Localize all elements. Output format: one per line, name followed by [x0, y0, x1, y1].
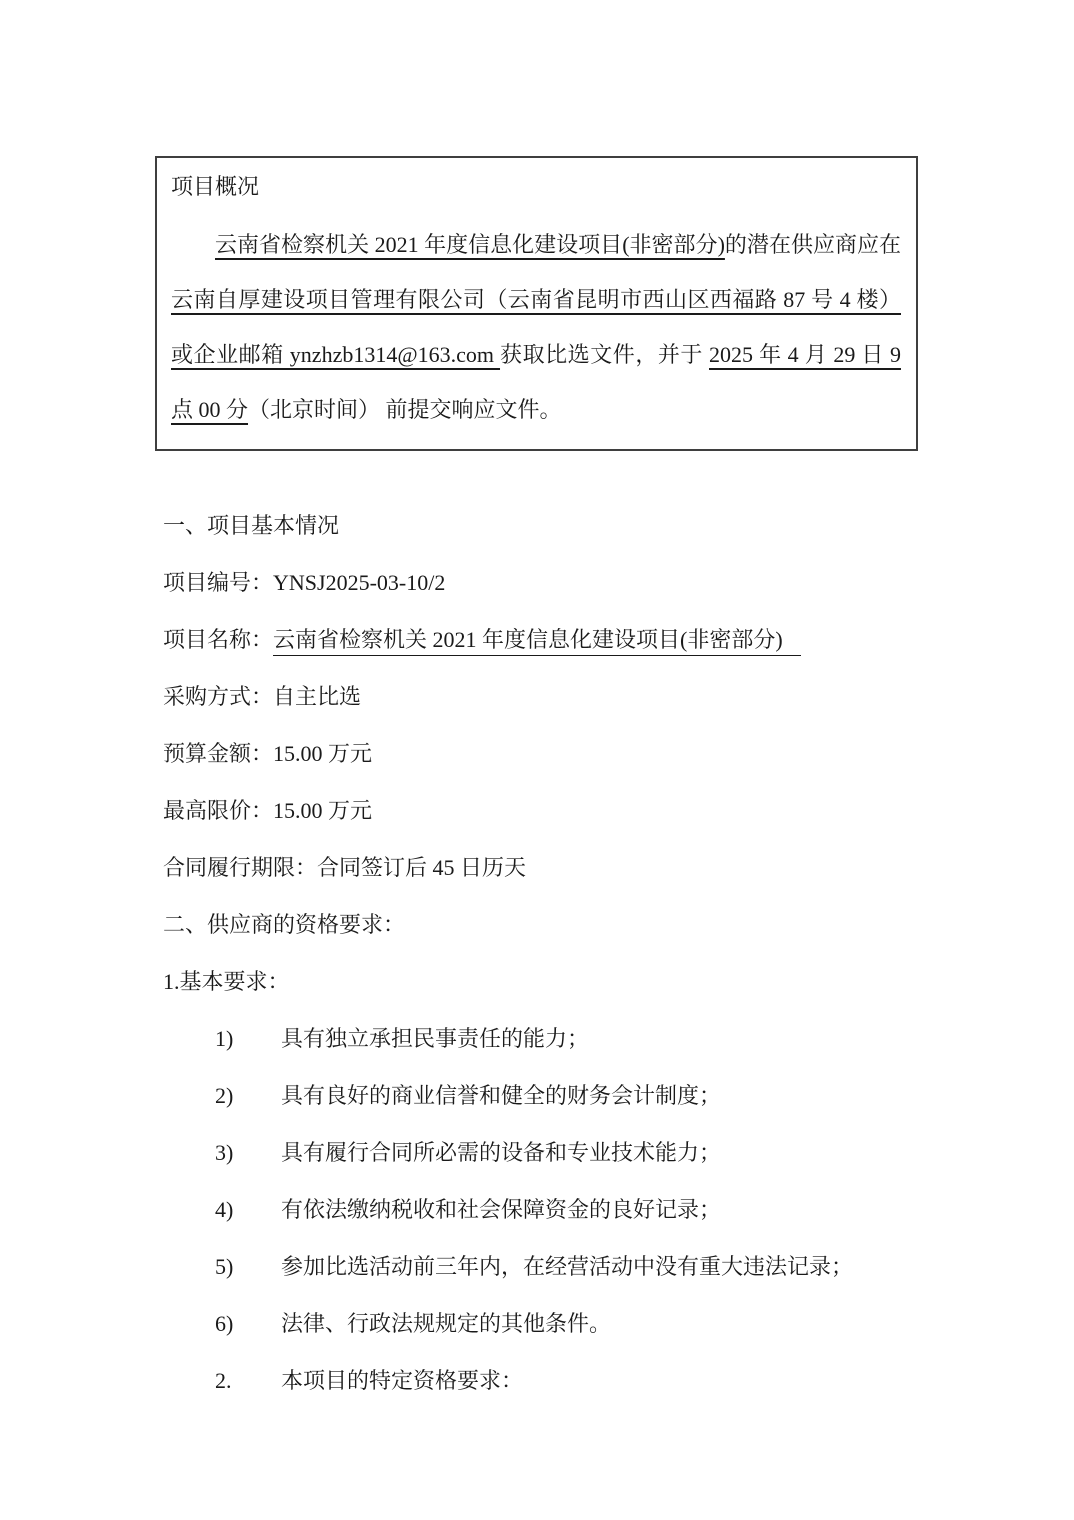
field-procurement-method: 采购方式：自主比选 [163, 668, 916, 725]
budget-amount-value: 15.00 万元 [273, 741, 372, 766]
item-text: 有依法缴纳税收和社会保障资金的良好记录； [281, 1197, 721, 1222]
overview-text-segment: 的潜在供应商应在 [725, 232, 901, 257]
item-text: 具有独立承担民事责任的能力； [281, 1026, 589, 1051]
overview-project-name-underline: 云南省检察机关 2021 年度信息化建设项目(非密部分) [215, 232, 725, 257]
item-number: 5) [215, 1238, 281, 1295]
field-project-number: 项目编号：YNSJ2025-03-10/2 [163, 554, 916, 611]
specific-requirements-heading: 2.本项目的特定资格要求： [163, 1352, 916, 1409]
budget-amount-label: 预算金额： [163, 741, 273, 766]
item-text: 本项目的特定资格要求： [281, 1368, 523, 1393]
field-budget-amount: 预算金额：15.00 万元 [163, 725, 916, 782]
max-price-value: 15.00 万元 [273, 798, 372, 823]
procurement-method-label: 采购方式： [163, 684, 273, 709]
item-text: 具有良好的商业信誉和健全的财务会计制度； [281, 1083, 721, 1108]
basic-requirement-item-2: 2)具有良好的商业信誉和健全的财务会计制度； [163, 1067, 916, 1124]
basic-requirement-item-3: 3)具有履行合同所必需的设备和专业技术能力； [163, 1124, 916, 1181]
item-text: 参加比选活动前三年内，在经营活动中没有重大违法记录； [281, 1254, 853, 1279]
document-page: 项目概况 云南省检察机关 2021 年度信息化建设项目(非密部分)的潜在供应商应… [0, 0, 1074, 1520]
overview-box-title: 项目概况 [171, 171, 901, 203]
field-max-price: 最高限价：15.00 万元 [163, 782, 916, 839]
item-number: 1) [215, 1010, 281, 1067]
basic-requirement-item-5: 5)参加比选活动前三年内，在经营活动中没有重大违法记录； [163, 1238, 916, 1295]
basic-requirement-item-4: 4)有依法缴纳税收和社会保障资金的良好记录； [163, 1181, 916, 1238]
section-2-heading: 二、供应商的资格要求： [163, 896, 916, 953]
basic-requirement-item-6: 6)法律、行政法规规定的其他条件。 [163, 1295, 916, 1352]
contract-period-label: 合同履行期限： [163, 855, 317, 880]
overview-text-segment: （北京时间） 前提交响应文件。 [248, 397, 562, 422]
section-1-heading: 一、项目基本情况 [163, 497, 916, 554]
item-number: 3) [215, 1124, 281, 1181]
item-number: 4) [215, 1181, 281, 1238]
overview-paragraph: 云南省检察机关 2021 年度信息化建设项目(非密部分)的潜在供应商应在云南自厚… [171, 217, 901, 437]
max-price-label: 最高限价： [163, 798, 273, 823]
project-name-label: 项目名称： [163, 627, 273, 652]
field-contract-period: 合同履行期限：合同签订后 45 日历天 [163, 839, 916, 896]
project-number-value: YNSJ2025-03-10/2 [273, 570, 445, 595]
field-project-name: 项目名称：云南省检察机关 2021 年度信息化建设项目(非密部分) [163, 611, 916, 668]
item-text: 法律、行政法规规定的其他条件。 [281, 1311, 611, 1336]
project-number-label: 项目编号： [163, 570, 273, 595]
document-body: 一、项目基本情况 项目编号：YNSJ2025-03-10/2 项目名称：云南省检… [163, 497, 916, 1409]
project-overview-box: 项目概况 云南省检察机关 2021 年度信息化建设项目(非密部分)的潜在供应商应… [155, 156, 918, 451]
item-number: 6) [215, 1295, 281, 1352]
item-text: 具有履行合同所必需的设备和专业技术能力； [281, 1140, 721, 1165]
basic-requirement-item-1: 1)具有独立承担民事责任的能力； [163, 1010, 916, 1067]
contract-period-value: 合同签订后 45 日历天 [317, 855, 526, 880]
basic-requirements-heading: 1.基本要求： [163, 953, 916, 1010]
item-number: 2. [215, 1352, 281, 1409]
procurement-method-value: 自主比选 [273, 684, 361, 709]
item-number: 2) [215, 1067, 281, 1124]
overview-text-segment: 获取比选文件，并于 [500, 342, 709, 367]
project-name-value: 云南省检察机关 2021 年度信息化建设项目(非密部分) [273, 627, 801, 656]
